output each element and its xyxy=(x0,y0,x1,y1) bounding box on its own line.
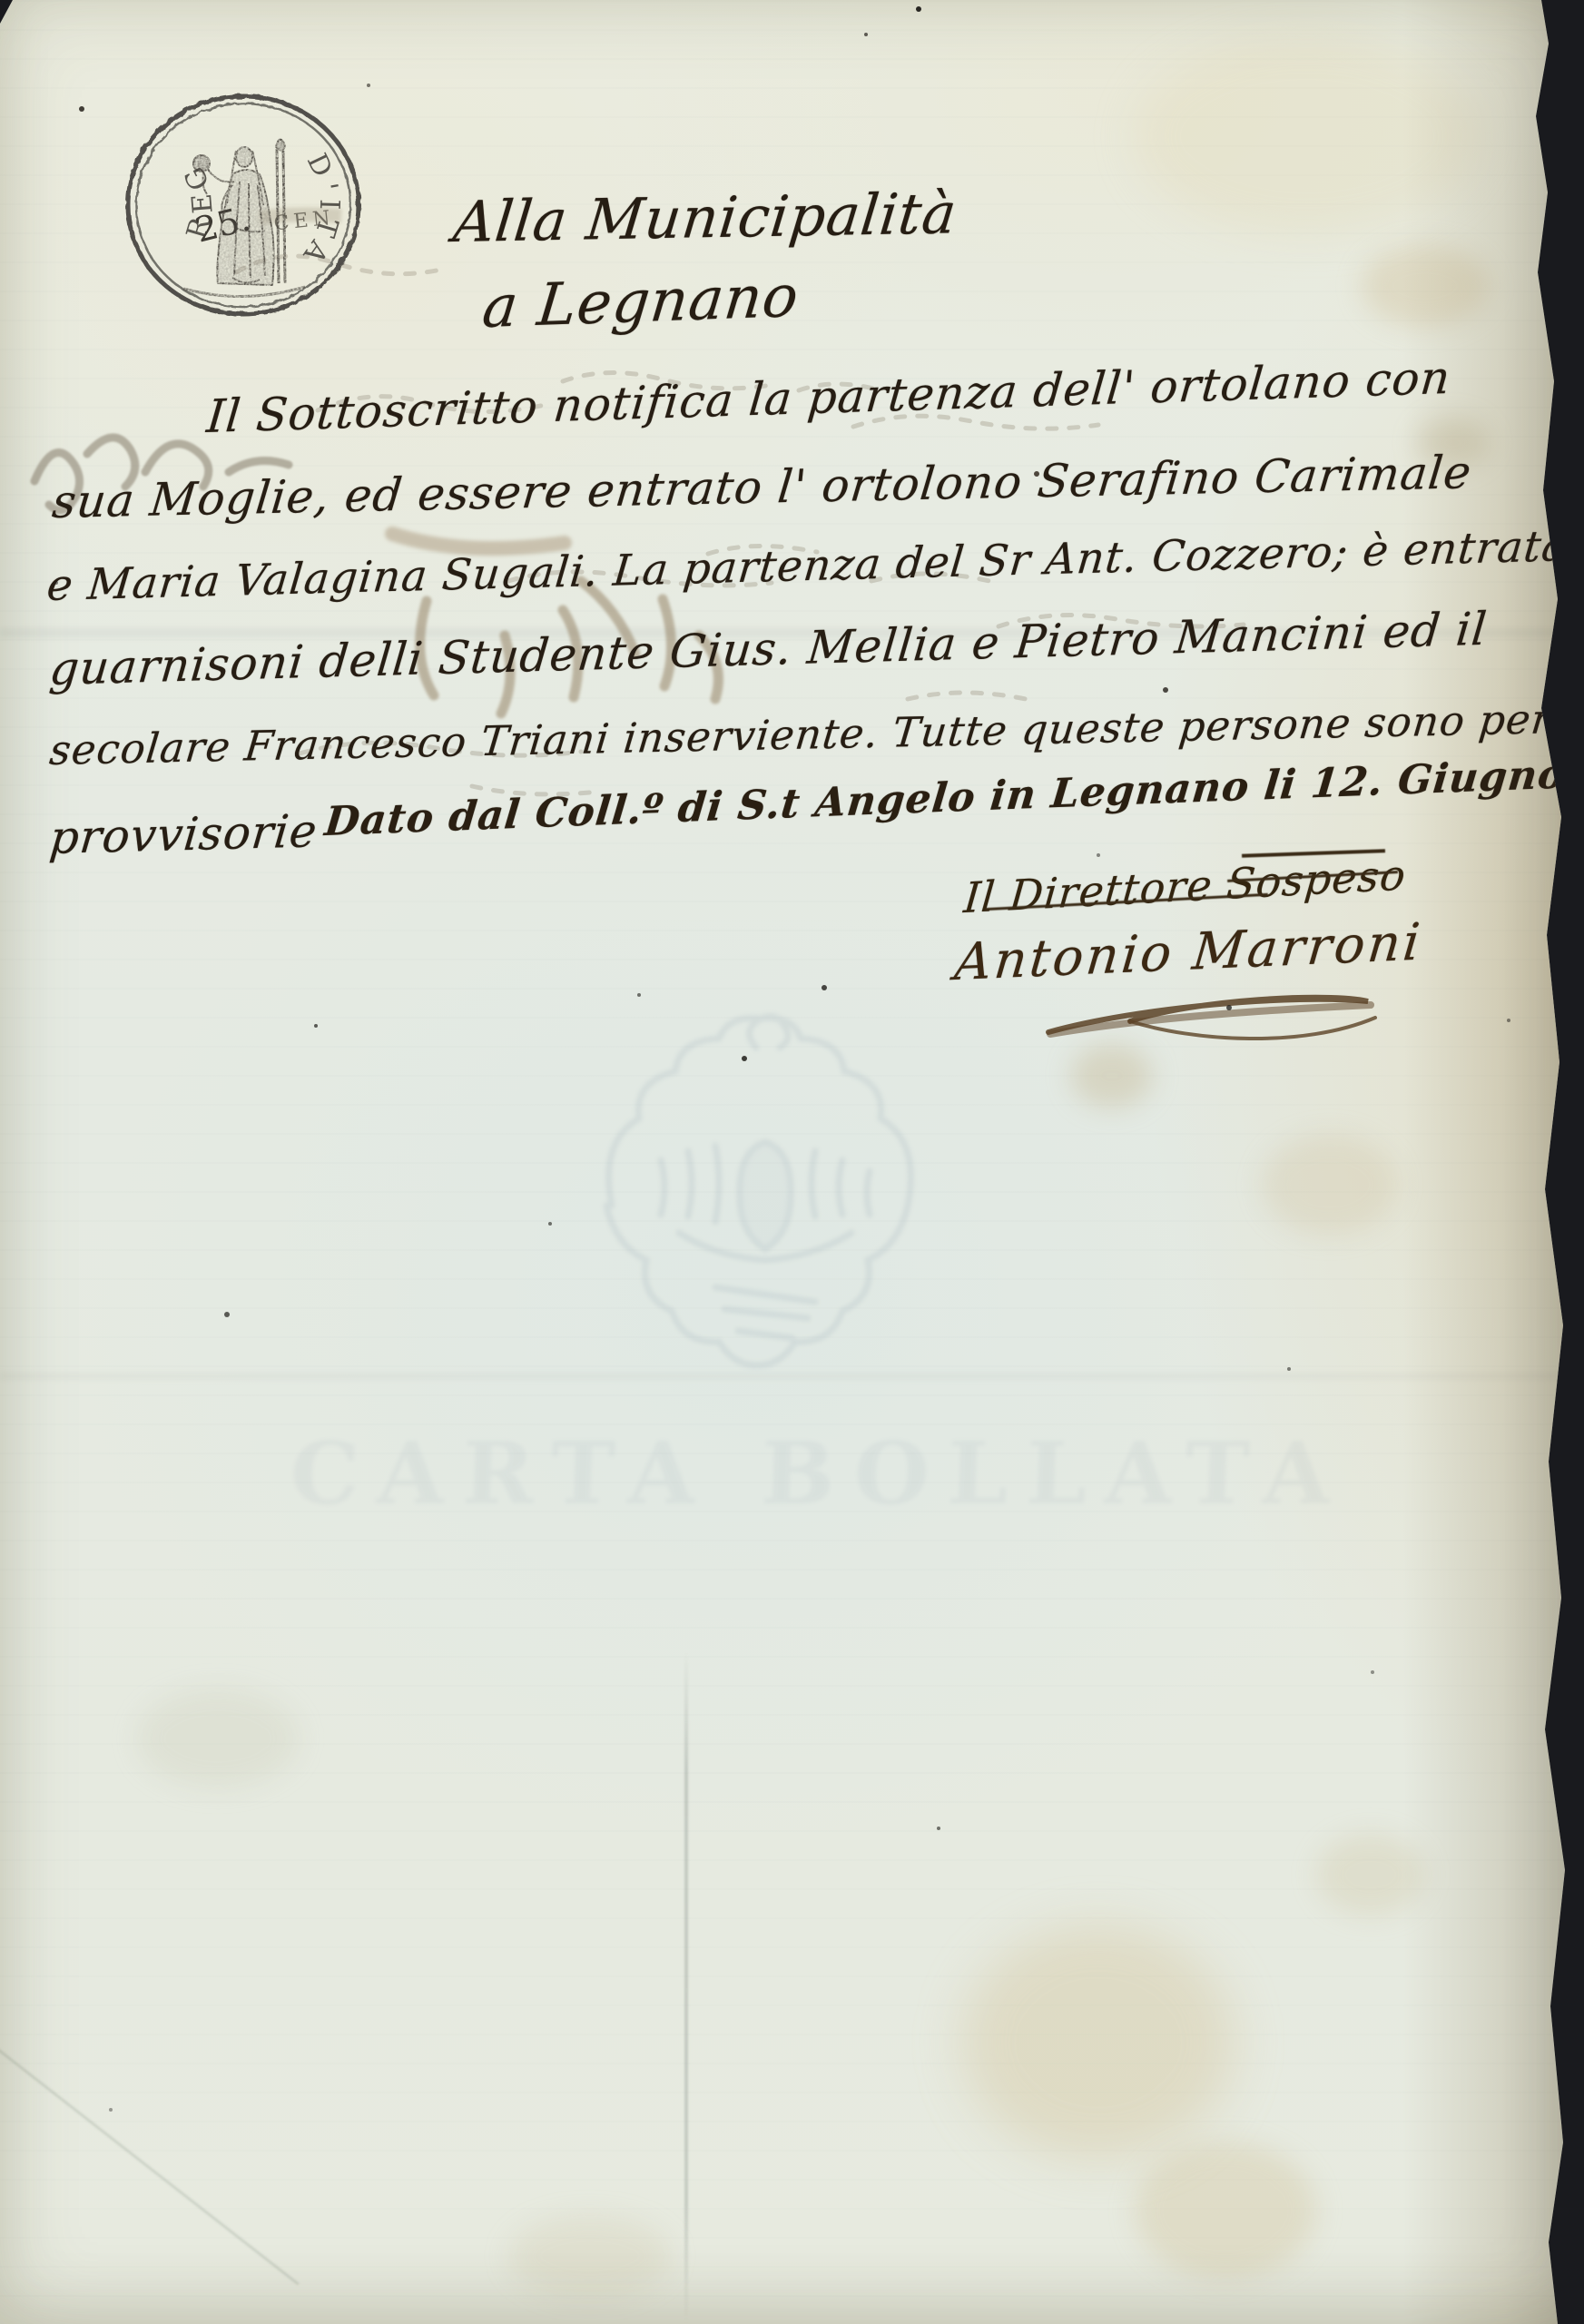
scanned-document-photo: CARTA BOLLATA xyxy=(0,0,1584,2324)
document-paper-sheet: CARTA BOLLATA xyxy=(0,0,1584,2324)
recipient-line-1: Alla Municipalità xyxy=(450,180,960,255)
ink-showthrough-marks xyxy=(0,0,1584,2324)
signature-flourish-icon xyxy=(994,976,1421,1076)
ink-specks xyxy=(0,0,4,4)
body-line: provvisorie xyxy=(47,804,320,864)
recipient-line-2: a Legnano xyxy=(479,263,802,341)
revenue-stamp: REGNO D'ITALIA 25. CEN. xyxy=(123,91,363,320)
